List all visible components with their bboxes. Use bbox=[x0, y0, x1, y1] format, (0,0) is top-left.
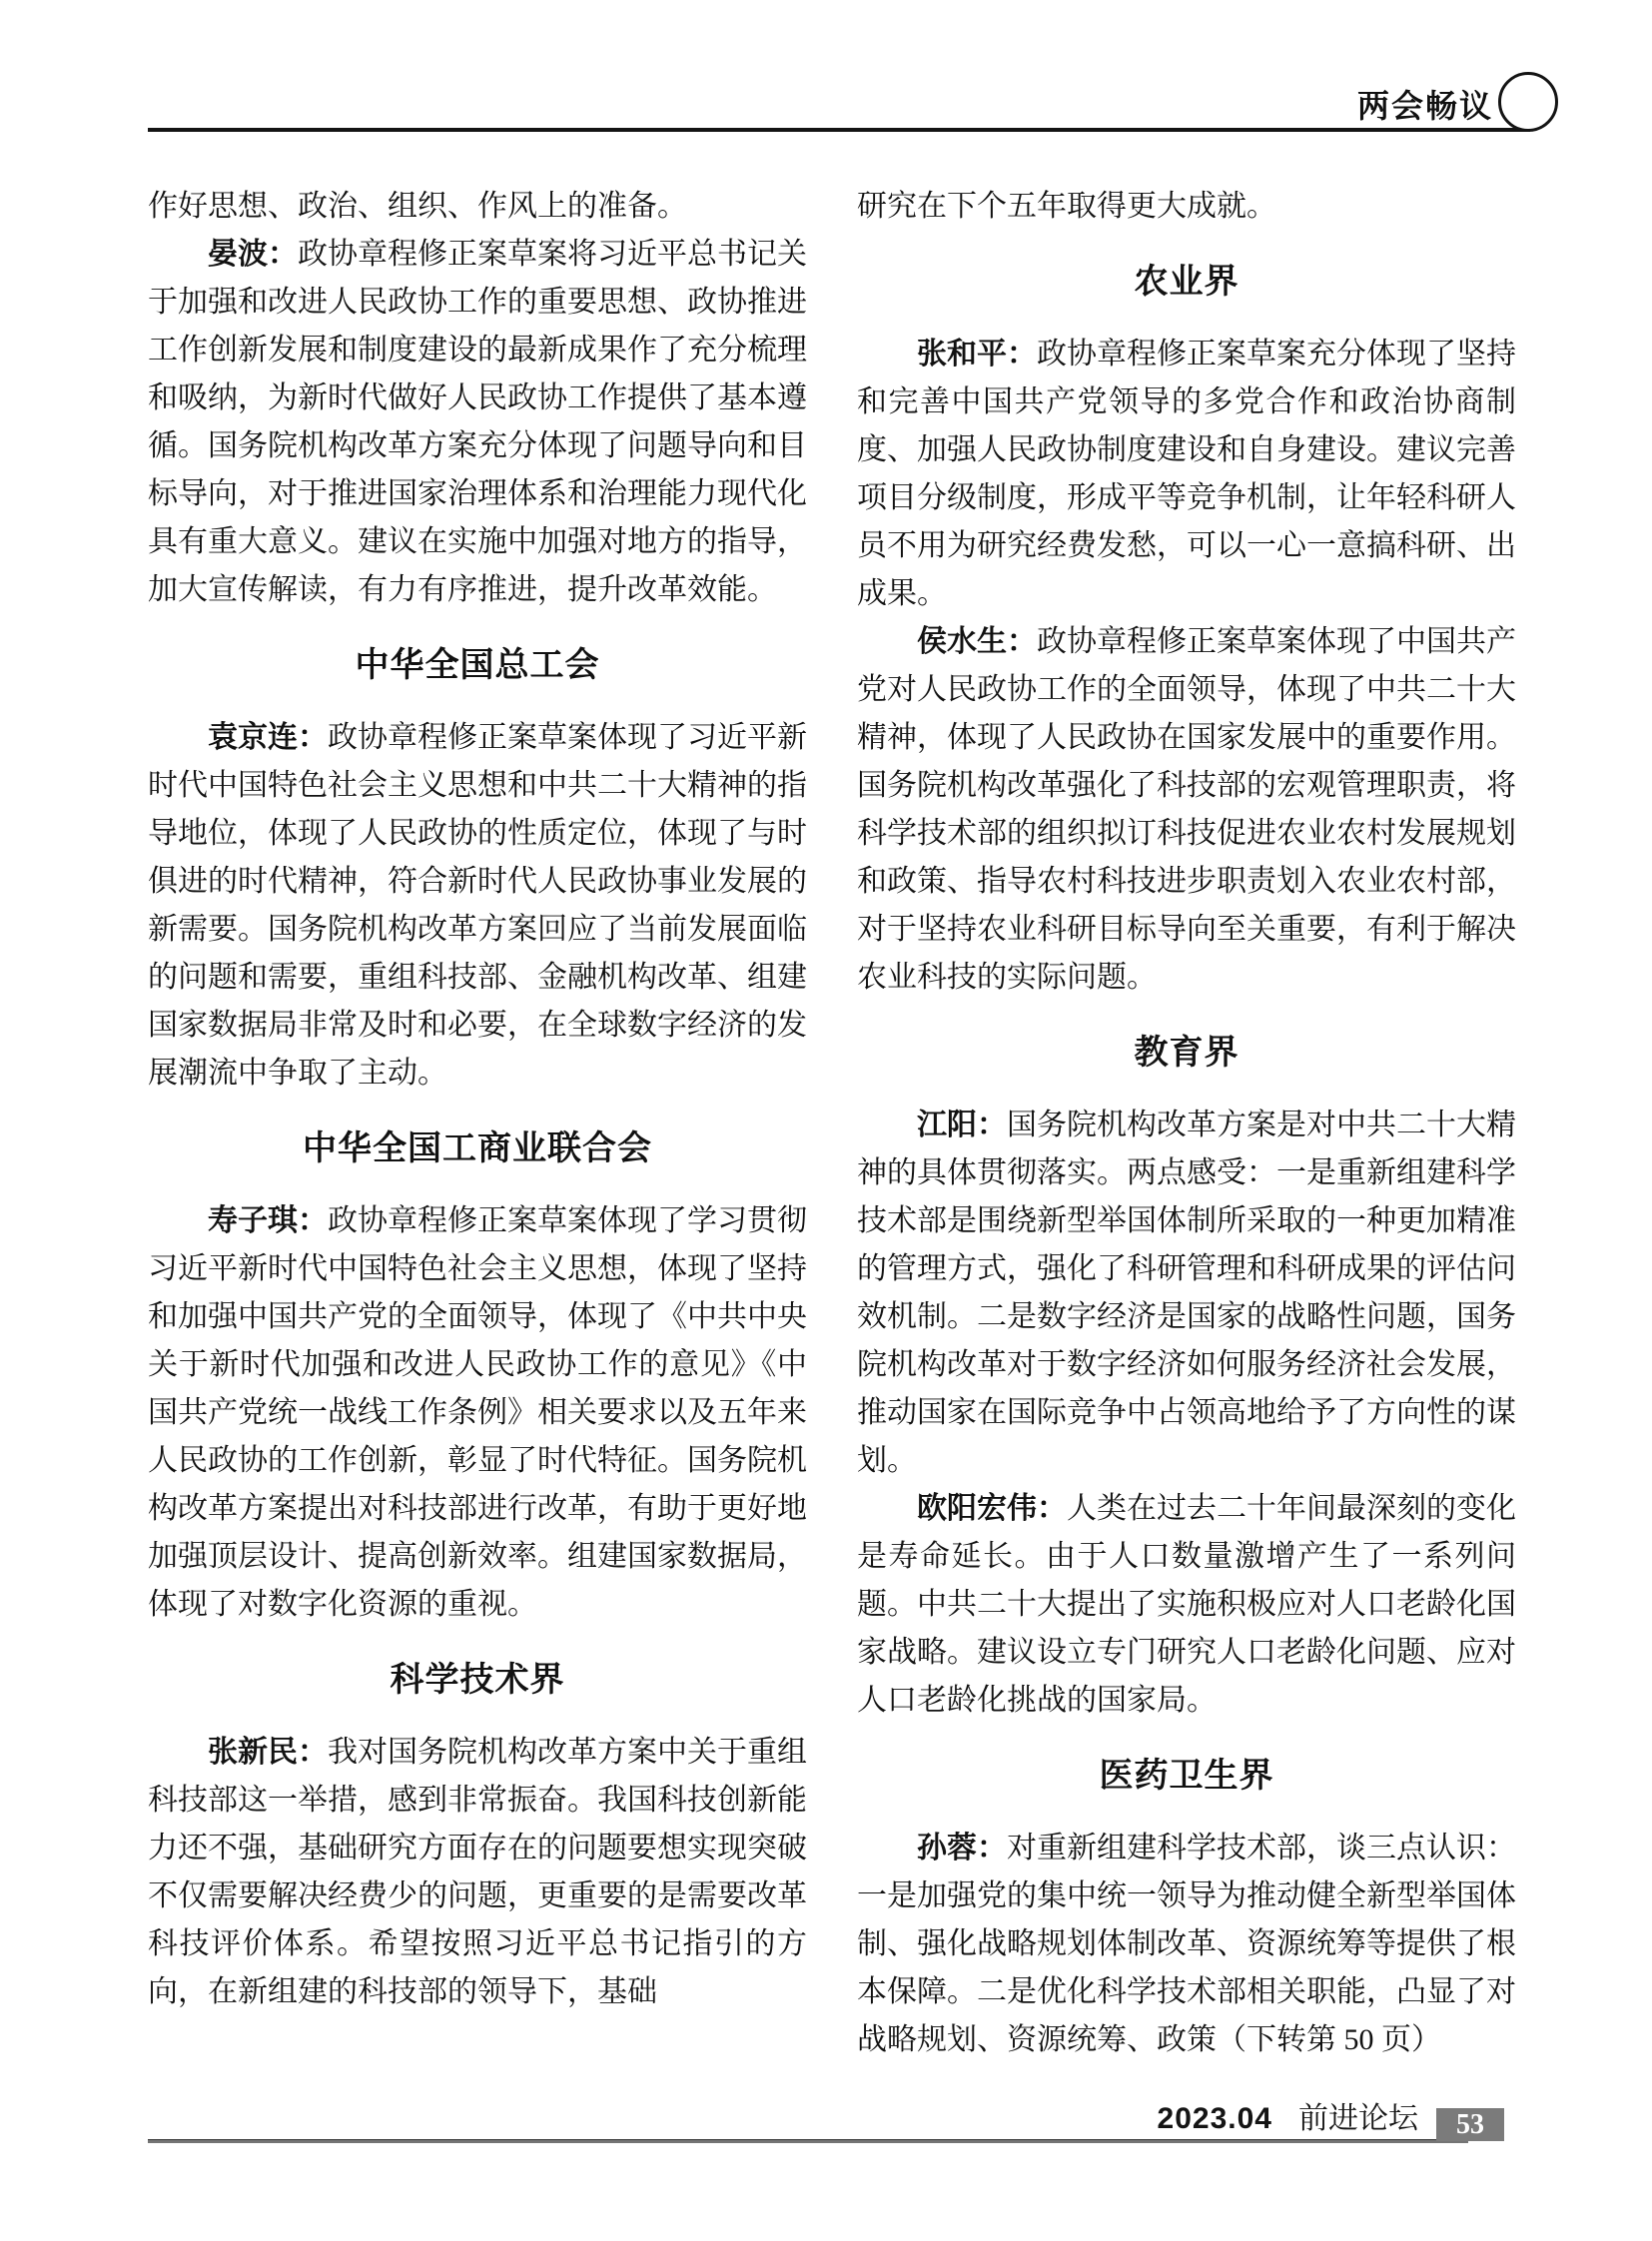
section-heading-science-tech: 科学技术界 bbox=[148, 1657, 807, 1705]
section-heading-acfic: 中华全国工商业联合会 bbox=[148, 1125, 807, 1173]
page-number: 53 bbox=[1456, 2109, 1484, 2141]
paragraph-text: 人类在过去二十年间最深刻的变化是寿命延长。由于人口数量激增产生了一系列问题。中共… bbox=[857, 1492, 1516, 1717]
footer-imprint: 2023.04前进论坛 bbox=[1158, 2101, 1418, 2137]
paragraph-text: 政协章程修正案草案充分体现了坚持和完善中国共产党领导的多党合作和政治协商制度、加… bbox=[857, 338, 1516, 610]
speaker-name: 江阳： bbox=[917, 1109, 1007, 1141]
header-rule bbox=[148, 128, 1530, 132]
section-banner-title: 两会畅议 bbox=[1357, 88, 1493, 124]
page-number-badge: 53 bbox=[1436, 2108, 1504, 2141]
paragraph: 张新民：我对国务院机构改革方案中关于重组科技部这一举措，感到非常振奋。我国科技创… bbox=[148, 1729, 807, 2016]
section-heading-acftu: 中华全国总工会 bbox=[148, 642, 807, 690]
magazine-page: 两会畅议 ⬅ 作好思想、政治、组织、作风上的准备。 晏波：政协章程修正案草案将习… bbox=[0, 0, 1652, 2241]
speaker-name: 孙蓉： bbox=[917, 1832, 1007, 1865]
paragraph-text: 我对国务院机构改革方案中关于重组科技部这一举措，感到非常振奋。我国科技创新能力还… bbox=[148, 1736, 807, 2008]
paragraph: 江阳：国务院机构改革方案是对中共二十大精神的具体贯彻落实。两点感受：一是重新组建… bbox=[857, 1102, 1516, 1485]
paragraph: 晏波：政协章程修正案草案将习近平总书记关于加强和改进人民政协工作的重要思想、政协… bbox=[148, 231, 807, 614]
paragraph-text: 政协章程修正案草案将习近平总书记关于加强和改进人民政协工作的重要思想、政协推进工… bbox=[148, 238, 807, 606]
speaker-name: 侯水生： bbox=[917, 625, 1037, 658]
footer-issue: 2023.04 bbox=[1158, 2102, 1272, 2135]
section-heading-agriculture: 农业界 bbox=[857, 259, 1516, 307]
speaker-name: 欧阳宏伟： bbox=[917, 1492, 1067, 1525]
speaker-name: 袁京连： bbox=[208, 721, 328, 754]
section-heading-education: 教育界 bbox=[857, 1030, 1516, 1078]
paragraph-text: 作好思想、政治、组织、作风上的准备。 bbox=[148, 190, 687, 223]
paragraph: 研究在下个五年取得更大成就。 bbox=[857, 183, 1516, 231]
speaker-name: 张新民： bbox=[208, 1736, 328, 1769]
speaker-name: 晏波： bbox=[208, 238, 298, 271]
paragraph-text: 政协章程修正案草案体现了中国共产党对人民政协工作的全面领导，体现了中共二十大精神… bbox=[857, 625, 1516, 994]
header-badge-circle: ⬅ bbox=[1498, 72, 1558, 132]
paragraph: 欧阳宏伟：人类在过去二十年间最深刻的变化是寿命延长。由于人口数量激增产生了一系列… bbox=[857, 1485, 1516, 1725]
paragraph-text: 对重新组建科学技术部，谈三点认识：一是加强党的集中统一领导为推动健全新型举国体制… bbox=[857, 1832, 1516, 2056]
paragraph: 张和平：政协章程修正案草案充分体现了坚持和完善中国共产党领导的多党合作和政治协商… bbox=[857, 331, 1516, 618]
paragraph: 侯水生：政协章程修正案草案体现了中国共产党对人民政协工作的全面领导，体现了中共二… bbox=[857, 618, 1516, 1002]
left-column: 作好思想、政治、组织、作风上的准备。 晏波：政协章程修正案草案将习近平总书记关于… bbox=[148, 183, 807, 2016]
paragraph: 寿子琪：政协章程修正案草案体现了学习贯彻习近平新时代中国特色社会主义思想，体现了… bbox=[148, 1197, 807, 1629]
speaker-name: 寿子琪： bbox=[208, 1204, 328, 1237]
right-column: 研究在下个五年取得更大成就。 农业界 张和平：政协章程修正案草案充分体现了坚持和… bbox=[857, 183, 1516, 2064]
section-heading-medicine-health: 医药卫生界 bbox=[857, 1753, 1516, 1801]
footer-rule bbox=[148, 2139, 1468, 2143]
paragraph-text: 研究在下个五年取得更大成就。 bbox=[857, 190, 1276, 223]
paragraph: 作好思想、政治、组织、作风上的准备。 bbox=[148, 183, 807, 231]
speaker-name: 张和平： bbox=[917, 338, 1037, 371]
paragraph-text: 政协章程修正案草案体现了习近平新时代中国特色社会主义思想和中共二十大精神的指导地… bbox=[148, 721, 807, 1090]
paragraph: 袁京连：政协章程修正案草案体现了习近平新时代中国特色社会主义思想和中共二十大精神… bbox=[148, 714, 807, 1098]
paragraph-text: 政协章程修正案草案体现了学习贯彻习近平新时代中国特色社会主义思想，体现了坚持和加… bbox=[148, 1204, 807, 1621]
paragraph-text: 国务院机构改革方案是对中共二十大精神的具体贯彻落实。两点感受：一是重新组建科学技… bbox=[857, 1109, 1516, 1477]
paragraph: 孙蓉：对重新组建科学技术部，谈三点认识：一是加强党的集中统一领导为推动健全新型举… bbox=[857, 1825, 1516, 2064]
footer-journal-name: 前进论坛 bbox=[1298, 2102, 1418, 2135]
